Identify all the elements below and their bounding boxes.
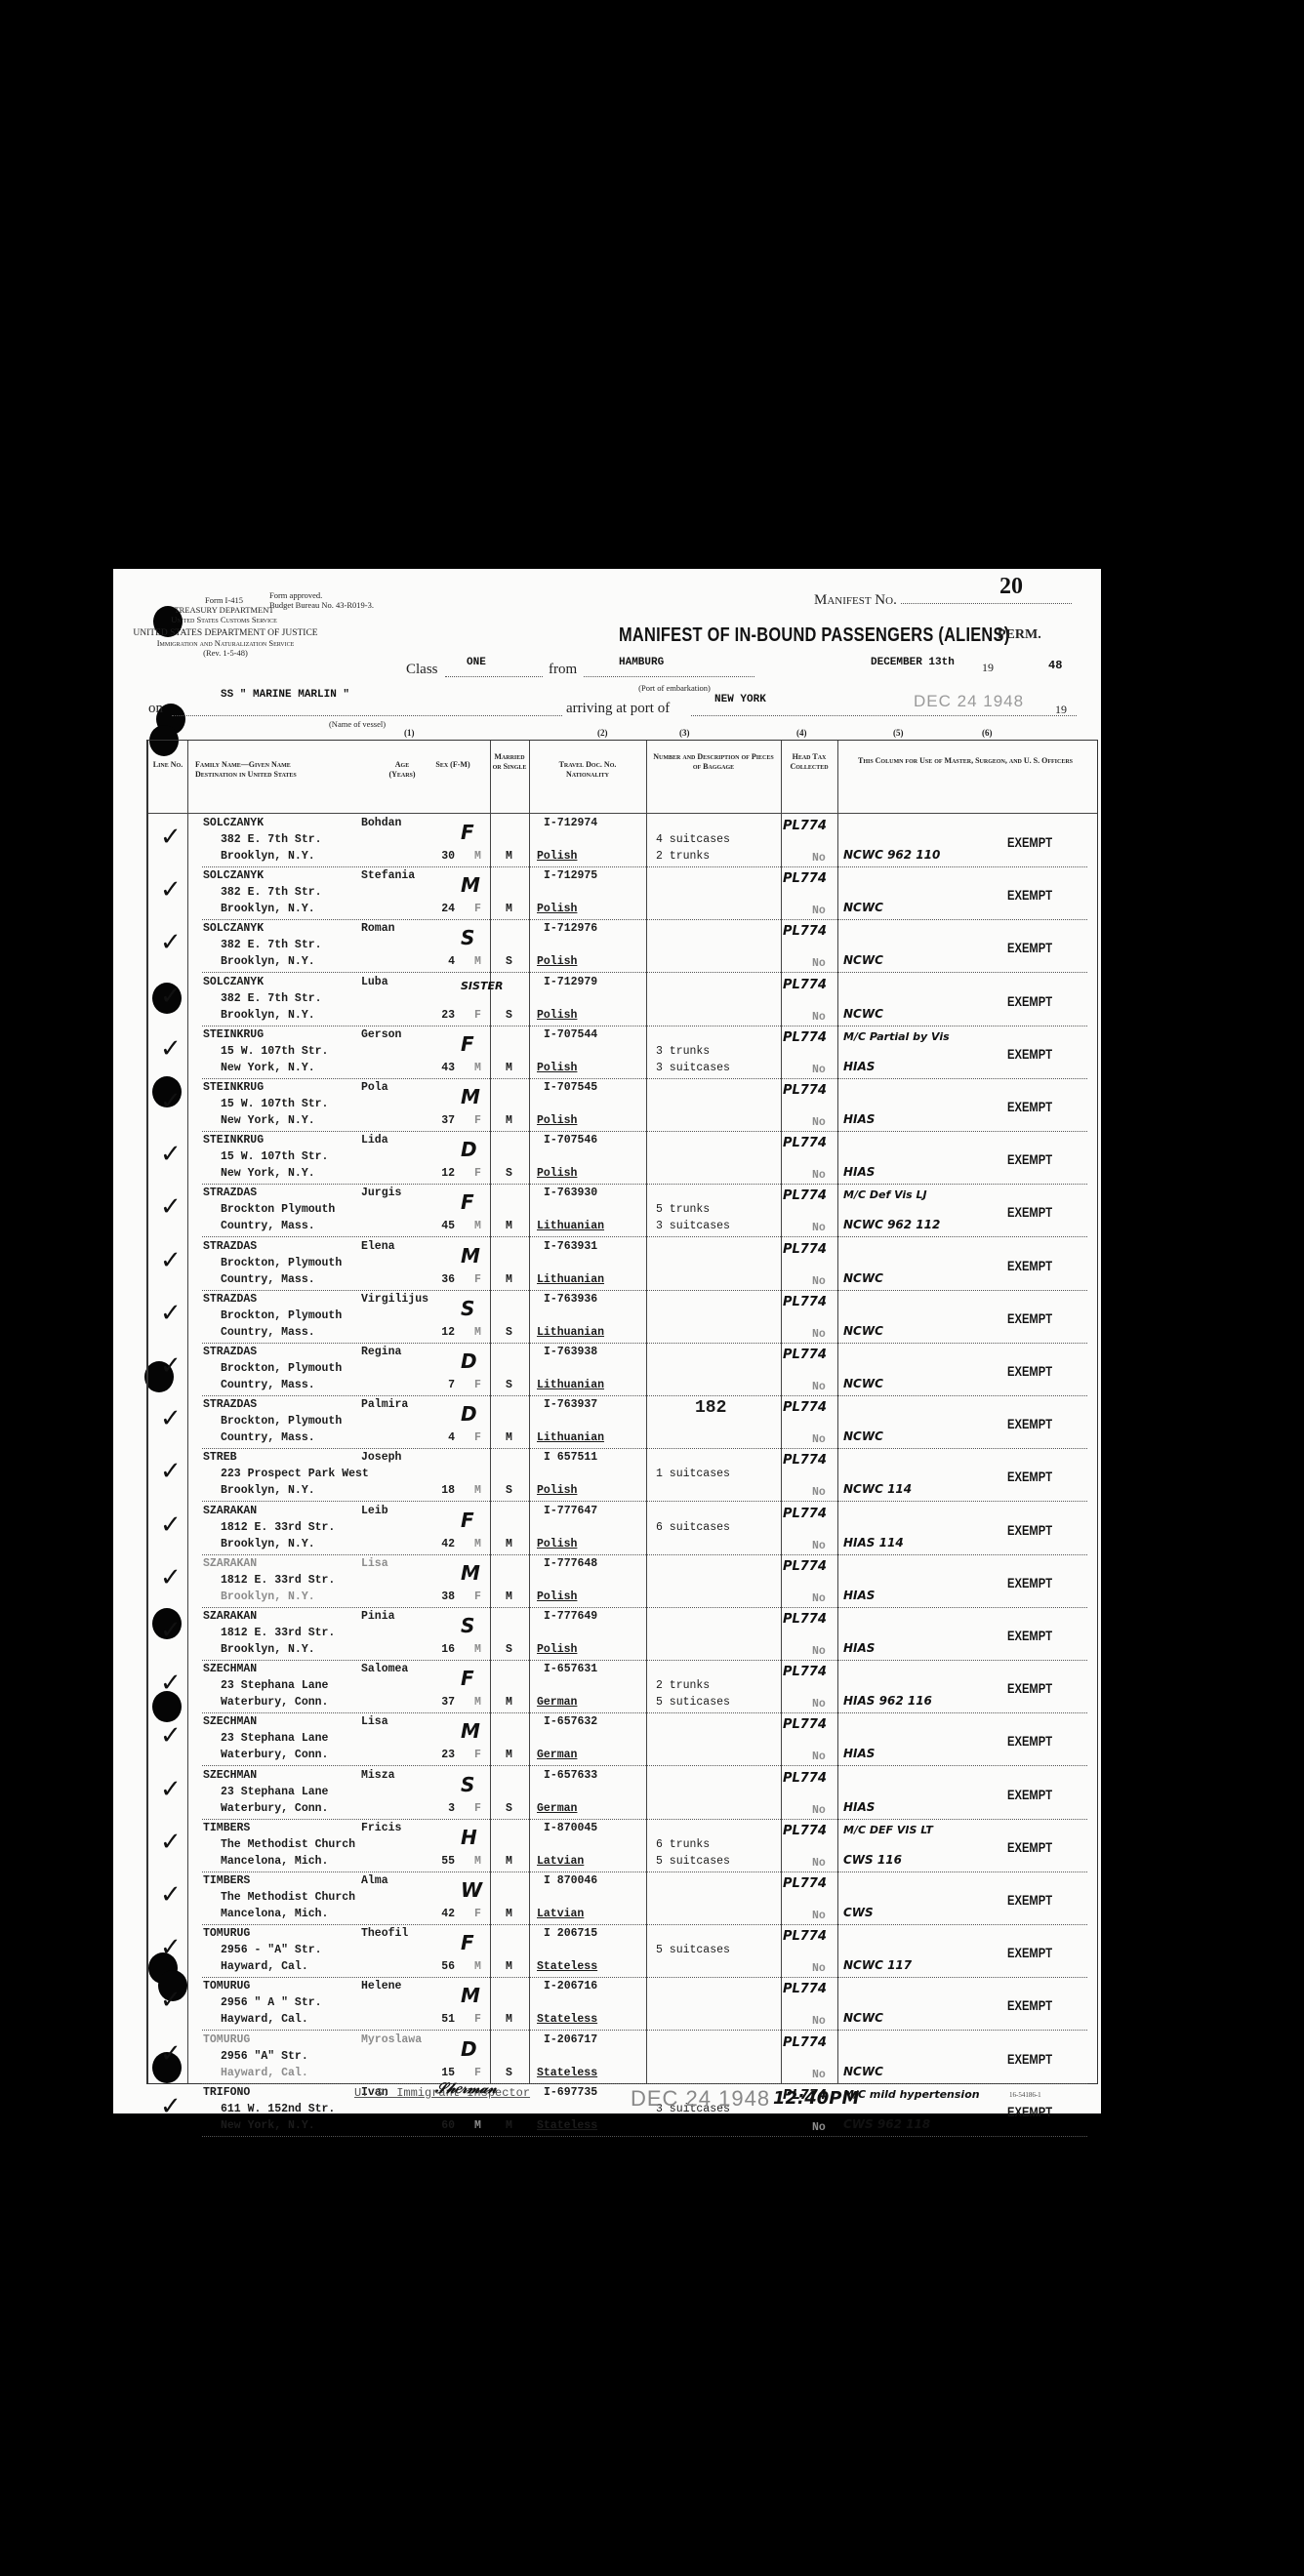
travel-doc-no: I-657631 [544, 1663, 597, 1675]
age: 51 [429, 2013, 455, 2026]
address-line-1: Brockton, Plymouth [221, 1257, 342, 1269]
relationship-annotation: F [461, 821, 474, 844]
check-mark-icon: ✓ [160, 1828, 182, 1857]
nationality: Lithuanian [537, 1220, 604, 1232]
code-annotation: PL774 [783, 1665, 827, 1679]
table-row: ✓STRAZDASReginaBrockton, PlymouthCountry… [148, 1344, 1097, 1396]
age: 43 [429, 1062, 455, 1074]
address-line-1: 2956 "A" Str. [221, 2050, 308, 2063]
travel-doc-no: I-206716 [544, 1980, 597, 1992]
marital-status: S [506, 1379, 512, 1391]
vessel-caption: (Name of vessel) [308, 719, 406, 729]
family-name: STEINKRUG [203, 1028, 264, 1041]
agency-note: NCWC [843, 1324, 883, 1338]
age: 16 [429, 1643, 455, 1656]
marital-status: M [506, 1855, 512, 1868]
header-officers-column: This Column for Use of Master, Surgeon, … [843, 756, 1087, 766]
family-name: TIMBERS [203, 1822, 250, 1834]
approval-text: Form approved. [269, 590, 416, 600]
relationship-annotation: M [461, 1244, 480, 1268]
col-num-4: (4) [796, 728, 807, 738]
age: 37 [429, 1114, 455, 1127]
age: 4 [429, 955, 455, 968]
exempt-stamp: EXEMPT [1007, 1892, 1052, 1908]
check-mark-icon: ✓ [160, 1510, 182, 1540]
departure-date: DECEMBER 13th [871, 657, 955, 668]
code-annotation: PL774 [783, 1929, 827, 1944]
relationship-annotation: M [461, 873, 480, 897]
check-mark-icon: ✓ [160, 982, 182, 1011]
given-name: Alma [361, 1874, 388, 1887]
travel-doc-no: I-763931 [544, 1240, 597, 1253]
agency-note: NCWC [843, 1271, 883, 1285]
head-tax: No [812, 1592, 826, 1605]
travel-doc-no: I-763930 [544, 1187, 597, 1199]
sex: F [474, 1590, 481, 1603]
table-row: ✓SZECHMANLisa23 Stephana LaneWaterbury, … [148, 1713, 1097, 1766]
page-number: 20 [999, 574, 1023, 600]
sex: M [474, 1326, 481, 1339]
address-line-2: Brooklyn, N.Y. [221, 1643, 315, 1656]
relationship-annotation: F [461, 1667, 474, 1690]
check-mark-icon: ✓ [160, 1246, 182, 1275]
family-name: TRIFONO [203, 2086, 250, 2099]
exempt-stamp: EXEMPT [1007, 1363, 1052, 1379]
head-tax: No [812, 1540, 826, 1552]
address-line-2: Hayward, Cal. [221, 2067, 308, 2079]
relationship-annotation: F [461, 1032, 474, 1056]
inspection-date-stamp: DEC 24 1948 [631, 2086, 770, 2112]
sex: M [474, 1484, 481, 1497]
year-prefix: 19 [982, 661, 994, 675]
check-mark-icon: ✓ [160, 823, 182, 852]
address-line-1: 15 W. 107th Str. [221, 1150, 328, 1163]
given-name: Lisa [361, 1715, 388, 1728]
table-row: ✓STREBJoseph223 Prospect Park WestBrookl… [148, 1449, 1097, 1502]
age: 24 [429, 903, 455, 915]
age: 23 [429, 1749, 455, 1761]
table-row: ✓TOMURUGTheofil2956 - "A" Str.Hayward, C… [148, 1925, 1097, 1978]
family-name: SZECHMAN [203, 1663, 257, 1675]
address-line-1: 23 Stephana Lane [221, 1786, 328, 1798]
table-row: ✓STRAZDASElenaBrockton, PlymouthCountry,… [148, 1238, 1097, 1291]
address-line-1: 223 Prospect Park West [221, 1468, 369, 1480]
address-line-2: Brooklyn, N.Y. [221, 1538, 315, 1550]
travel-doc-no: I-206717 [544, 2033, 597, 2046]
code-annotation: PL774 [783, 1295, 827, 1309]
travel-doc-no: I-763937 [544, 1398, 597, 1411]
marital-status: S [506, 2067, 512, 2079]
medical-remark: M/C Def Vis LJ [843, 1188, 927, 1201]
sex: M [474, 2119, 481, 2132]
given-name: Pinia [361, 1610, 395, 1623]
address-line-2: Brooklyn, N.Y. [221, 955, 315, 968]
given-name: Virgilijus [361, 1293, 428, 1306]
baggage-line-2: 5 suticases [656, 1696, 730, 1709]
head-tax: No [812, 1804, 826, 1817]
code-annotation: PL774 [783, 1717, 827, 1732]
head-tax: No [812, 1433, 826, 1446]
check-mark-icon: ✓ [160, 1404, 182, 1433]
head-tax: No [812, 1381, 826, 1393]
address-line-1: The Methodist Church [221, 1838, 355, 1851]
given-name: Salomea [361, 1663, 408, 1675]
address-line-2: Country, Mass. [221, 1431, 315, 1444]
head-tax: No [812, 1962, 826, 1975]
check-mark-icon: ✓ [160, 1669, 182, 1698]
check-mark-icon: ✓ [160, 2039, 182, 2069]
sex: F [474, 1749, 481, 1761]
family-name: TOMURUG [203, 1927, 250, 1940]
exempt-stamp: EXEMPT [1007, 993, 1052, 1009]
travel-doc-no: I-707545 [544, 1081, 597, 1094]
class-value: ONE [467, 657, 486, 668]
age: 12 [429, 1326, 455, 1339]
marital-status: S [506, 1009, 512, 1022]
agency-note: NCWC [843, 1429, 883, 1443]
agency-note: CWS [843, 1906, 874, 1919]
exempt-stamp: EXEMPT [1007, 1733, 1052, 1749]
given-name: Myroslawa [361, 2033, 422, 2046]
given-name: Pola [361, 1081, 388, 1094]
given-name: Luba [361, 976, 388, 988]
head-tax: No [812, 905, 826, 917]
given-name: Joseph [361, 1451, 401, 1464]
code-annotation: PL774 [783, 819, 827, 833]
sex: F [474, 1431, 481, 1444]
code-annotation: PL774 [783, 1876, 827, 1891]
head-tax: No [812, 1328, 826, 1341]
exempt-stamp: EXEMPT [1007, 1469, 1052, 1484]
given-name: Theofil [361, 1927, 408, 1940]
sex: M [474, 1696, 481, 1709]
sex: M [474, 1220, 481, 1232]
table-row: ✓SOLCZANYKBohdan382 E. 7th Str.Brooklyn,… [148, 815, 1097, 867]
table-row: ✓TOMURUGHelene2956 " A " Str.Hayward, Ca… [148, 1978, 1097, 2031]
relationship-annotation: H [461, 1826, 477, 1849]
address-line-1: 2956 - "A" Str. [221, 1944, 322, 1956]
travel-doc-no: I-657633 [544, 1769, 597, 1782]
travel-doc-no: I-777647 [544, 1505, 597, 1517]
sex: M [474, 1855, 481, 1868]
marital-status: S [506, 1802, 512, 1815]
travel-doc-no: I-712975 [544, 869, 597, 882]
nationality: Latvian [537, 1908, 584, 1920]
agency-note: HIAS 962 116 [843, 1694, 932, 1708]
header-sex: Sex (F-M) [433, 760, 472, 770]
address-line-2: New York, N.Y. [221, 1114, 315, 1127]
agency-note: CWS 116 [843, 1853, 902, 1867]
agency-note: HIAS [843, 1800, 875, 1814]
sex: F [474, 2067, 481, 2079]
check-mark-icon: ✓ [160, 928, 182, 957]
travel-doc-no: I-870045 [544, 1822, 597, 1834]
sex: F [474, 1114, 481, 1127]
agency-note: HIAS [843, 1641, 875, 1655]
age: 38 [429, 1590, 455, 1603]
exempt-stamp: EXEMPT [1007, 1204, 1052, 1220]
check-mark-icon: ✓ [160, 1457, 182, 1486]
travel-doc-no: I-707546 [544, 1134, 597, 1147]
sex: F [474, 1802, 481, 1815]
check-mark-icon: ✓ [160, 1140, 182, 1169]
col-num-2: (2) [597, 728, 608, 738]
address-line-2: Country, Mass. [221, 1220, 315, 1232]
agency-note: NCWC 114 [843, 1482, 912, 1496]
marital-status: M [506, 1908, 512, 1920]
family-name: STRAZDAS [203, 1346, 257, 1358]
stamp-number: 182 [695, 1398, 726, 1418]
code-annotation: PL774 [783, 1242, 827, 1257]
address-line-1: 1812 E. 33rd Str. [221, 1521, 335, 1534]
relationship-annotation: M [461, 1561, 480, 1585]
head-tax: No [812, 1751, 826, 1763]
head-tax: No [812, 852, 826, 865]
baggage-line-2: 3 suitcases [656, 1062, 730, 1074]
head-tax: No [812, 957, 826, 970]
code-annotation: PL774 [783, 1559, 827, 1574]
nationality: Latvian [537, 1855, 584, 1868]
exempt-stamp: EXEMPT [1007, 2051, 1052, 2067]
arrival-port: NEW YORK [714, 694, 766, 705]
relationship-annotation: D [461, 1138, 477, 1161]
code-annotation: PL774 [783, 1400, 827, 1415]
code-annotation: PL774 [783, 1348, 827, 1362]
agency-note: NCWC 962 110 [843, 848, 940, 862]
nationality: German [537, 1802, 577, 1815]
marital-status: M [506, 1696, 512, 1709]
travel-doc-no: I-777648 [544, 1557, 597, 1570]
medical-remark: M/C mild hypertension [843, 2088, 980, 2101]
table-row: ✓TOMURUGMyroslawa2956 "A" Str.Hayward, C… [148, 2032, 1097, 2084]
baggage-line-2: 3 suitcases [656, 1220, 730, 1232]
table-row: ✓STRAZDASJurgisBrockton PlymouthCountry,… [148, 1185, 1097, 1237]
table-row: ✓TRIFONOIvan611 W. 152nd Str.New York, N… [148, 2084, 1097, 2137]
marital-status: M [506, 850, 512, 863]
age: 4 [429, 1431, 455, 1444]
code-annotation: PL774 [783, 924, 827, 939]
table-row: ✓SZECHMANSalomea23 Stephana LaneWaterbur… [148, 1661, 1097, 1713]
nationality: Polish [537, 1590, 577, 1603]
age: 3 [429, 1802, 455, 1815]
travel-doc-no: I-763938 [544, 1346, 597, 1358]
exempt-stamp: EXEMPT [1007, 1787, 1052, 1802]
head-tax: No [812, 1275, 826, 1288]
family-name: STRAZDAS [203, 1240, 257, 1253]
age: 45 [429, 1220, 455, 1232]
table-row: ✓SZARAKANPinia1812 E. 33rd Str.Brooklyn,… [148, 1608, 1097, 1661]
table-row: ✓SOLCZANYKRoman382 E. 7th Str.Brooklyn, … [148, 920, 1097, 973]
nationality: Lithuanian [537, 1379, 604, 1391]
given-name: Fricis [361, 1822, 401, 1834]
address-line-2: Mancelona, Mich. [221, 1908, 328, 1920]
customs-service: United States Customs Service [158, 615, 290, 624]
col-num-5: (5) [893, 728, 904, 738]
marital-status: M [506, 2119, 512, 2132]
col-num-3: (3) [679, 728, 690, 738]
code-annotation: PL774 [783, 1507, 827, 1521]
table-row: ✓STRAZDASVirgilijusBrockton, PlymouthCou… [148, 1291, 1097, 1344]
check-mark-icon: ✓ [160, 1721, 182, 1751]
age: 12 [429, 1167, 455, 1180]
manifest-page: Form I-415 TREASURY DEPARTMENT United St… [113, 569, 1101, 2113]
family-name: SZARAKAN [203, 1557, 257, 1570]
relationship-annotation: D [461, 1349, 477, 1373]
check-mark-icon: ✓ [160, 1775, 182, 1804]
code-annotation: PL774 [783, 1030, 827, 1045]
head-tax: No [812, 1011, 826, 1024]
baggage-line-1: 1 suitcases [656, 1468, 730, 1480]
header-age: Age (Years) [383, 760, 422, 779]
sex: M [474, 1538, 481, 1550]
head-tax: No [812, 2121, 826, 2134]
address-line-2: Mancelona, Mich. [221, 1855, 328, 1868]
head-tax: No [812, 2015, 826, 2028]
family-name: SOLCZANYK [203, 922, 264, 935]
given-name: Gerson [361, 1028, 401, 1041]
age: 56 [429, 1960, 455, 1973]
address-line-2: Brooklyn, N.Y. [221, 850, 315, 863]
age: 23 [429, 1009, 455, 1022]
nationality: Polish [537, 955, 577, 968]
from-value: HAMBURG [619, 657, 664, 668]
agency-note: HIAS [843, 1165, 875, 1179]
marital-status: M [506, 1590, 512, 1603]
given-name: Jurgis [361, 1187, 401, 1199]
given-name: Regina [361, 1346, 401, 1358]
address-line-2: New York, N.Y. [221, 1062, 315, 1074]
nationality: Lithuanian [537, 1326, 604, 1339]
marital-status: S [506, 1167, 512, 1180]
age: 15 [429, 2067, 455, 2079]
address-line-1: The Methodist Church [221, 1891, 355, 1904]
relationship-annotation: SISTER [461, 980, 503, 992]
perm-label: PERM. [998, 627, 1041, 643]
table-row: ✓STRAZDASPalmiraBrockton, PlymouthCountr… [148, 1396, 1097, 1449]
relationship-annotation: M [461, 1085, 480, 1108]
medical-remark: M/C DEF VIS LT [843, 1824, 933, 1836]
check-mark-icon: ✓ [160, 1616, 182, 1645]
address-line-2: Hayward, Cal. [221, 2013, 308, 2026]
ins-service: Immigration and Naturalization Service [113, 638, 338, 648]
sex: F [474, 903, 481, 915]
exempt-stamp: EXEMPT [1007, 1945, 1052, 1960]
relationship-annotation: S [461, 1614, 474, 1637]
exempt-stamp: EXEMPT [1007, 1680, 1052, 1696]
nationality: Polish [537, 903, 577, 915]
address-line-2: Country, Mass. [221, 1273, 315, 1286]
family-name: SZARAKAN [203, 1610, 257, 1623]
code-annotation: PL774 [783, 2035, 827, 2050]
relationship-annotation: D [461, 2037, 477, 2061]
address-line-2: Country, Mass. [221, 1379, 315, 1391]
header-baggage: Number and Description of Pieces of Bagg… [651, 752, 776, 771]
code-annotation: PL774 [783, 978, 827, 992]
header-travel-doc: Travel Doc. No. Nationality [539, 760, 636, 779]
header-head-tax: Head Tax Collected [783, 752, 835, 771]
nationality: Stateless [537, 1960, 597, 1973]
table-row: ✓TIMBERSAlmaThe Methodist ChurchMancelon… [148, 1872, 1097, 1925]
relationship-annotation: D [461, 1402, 477, 1426]
head-tax: No [812, 1486, 826, 1499]
justice-dept: UNITED STATES DEPARTMENT OF JUSTICE [113, 628, 338, 638]
agency-note: NCWC 117 [843, 1958, 912, 1972]
exempt-stamp: EXEMPT [1007, 1416, 1052, 1431]
sex: M [474, 850, 481, 863]
nationality: Lithuanian [537, 1431, 604, 1444]
table-row: ✓SZECHMANMisza23 Stephana LaneWaterbury,… [148, 1767, 1097, 1820]
arrival-date-stamp: DEC 24 1948 [914, 692, 1024, 711]
code-annotation: PL774 [783, 1824, 827, 1838]
table-row: ✓STEINKRUGGerson15 W. 107th Str.New York… [148, 1026, 1097, 1079]
relationship-annotation: F [461, 1509, 474, 1532]
sex: F [474, 1908, 481, 1920]
agency-note: NCWC [843, 2065, 883, 2078]
relationship-annotation: M [461, 1719, 480, 1743]
check-mark-icon: ✓ [160, 1192, 182, 1222]
marital-status: S [506, 1484, 512, 1497]
address-line-1: 382 E. 7th Str. [221, 992, 322, 1005]
header-name-destination: Family Name—Given Name Destination in Un… [195, 760, 332, 779]
age: 42 [429, 1908, 455, 1920]
table-row: ✓STEINKRUGLida15 W. 107th Str.New York, … [148, 1132, 1097, 1185]
nationality: Polish [537, 1009, 577, 1022]
nationality: Stateless [537, 2013, 597, 2026]
head-tax: No [812, 2069, 826, 2081]
address-line-2: Brooklyn, N.Y. [221, 1484, 315, 1497]
address-line-1: 611 W. 152nd Str. [221, 2103, 335, 2115]
age: 55 [429, 1855, 455, 1868]
family-name: SZECHMAN [203, 1715, 257, 1728]
arrival-year-prefix: 19 [1055, 703, 1067, 717]
agency-note: NCWC [843, 1007, 883, 1021]
address-line-2: Brooklyn, N.Y. [221, 1009, 315, 1022]
agency-note: HIAS [843, 1589, 875, 1602]
age: 60 [429, 2119, 455, 2132]
header-married-single: Married or Single [492, 752, 527, 771]
nationality: German [537, 1749, 577, 1761]
agency-note: NCWC 962 112 [843, 1218, 940, 1231]
head-tax: No [812, 1169, 826, 1182]
address-line-1: 382 E. 7th Str. [221, 886, 322, 899]
travel-doc-no: I-657632 [544, 1715, 597, 1728]
exempt-stamp: EXEMPT [1007, 1151, 1052, 1167]
form-code: 16-54186-1 [1009, 2091, 1041, 2099]
sex: F [474, 1273, 481, 1286]
family-name: SOLCZANYK [203, 869, 264, 882]
given-name: Helene [361, 1980, 401, 1992]
given-name: Lisa [361, 1557, 388, 1570]
address-line-2: Waterbury, Conn. [221, 1696, 328, 1709]
family-name: STRAZDAS [203, 1187, 257, 1199]
revision: (Rev. 1-5-48) [113, 648, 338, 658]
address-line-2: Brooklyn, N.Y. [221, 1590, 315, 1603]
age: 18 [429, 1484, 455, 1497]
baggage-line-1: 6 trunks [656, 1838, 710, 1851]
medical-remark: M/C Partial by Vis [843, 1030, 950, 1043]
passenger-table: Line No. Family Name—Given Name Destinat… [146, 740, 1098, 2084]
sex: M [474, 1960, 481, 1973]
given-name: Bohdan [361, 817, 401, 829]
agency-note: NCWC [843, 901, 883, 914]
marital-status: S [506, 1643, 512, 1656]
family-name: SOLCZANYK [203, 817, 264, 829]
year-suffix: 48 [1048, 659, 1062, 672]
code-annotation: PL774 [783, 1771, 827, 1786]
age: 37 [429, 1696, 455, 1709]
nationality: Polish [537, 1114, 577, 1127]
address-line-2: Country, Mass. [221, 1326, 315, 1339]
